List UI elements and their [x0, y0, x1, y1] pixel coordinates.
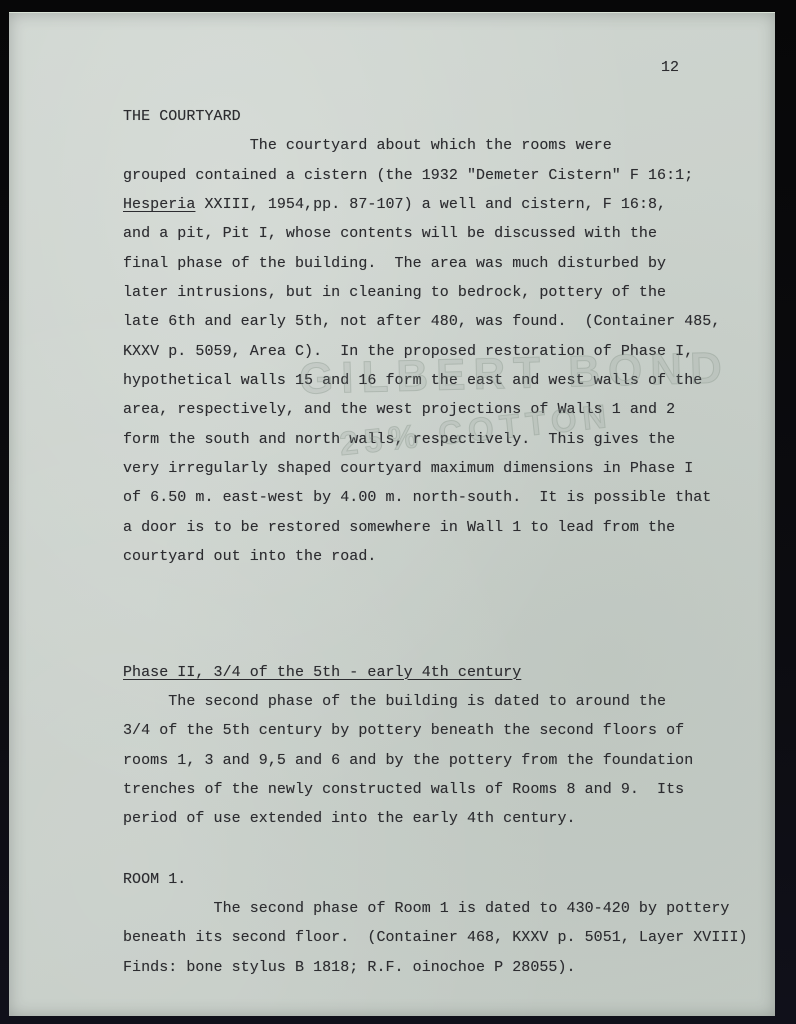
- section-phase2: Phase II, 3/4 of the 5th - early 4th cen…: [123, 658, 775, 834]
- photo-background: GILBERT BOND 25% COTTON 12 THE COURTYARD…: [0, 0, 796, 1024]
- text-line: trenches of the newly constructed walls …: [123, 775, 775, 804]
- text-segment: final phase of the building. The area wa…: [123, 255, 666, 272]
- text-line: Finds: bone stylus B 1818; R.F. oinochoe…: [123, 953, 775, 982]
- text-line: courtyard out into the road.: [123, 542, 775, 571]
- text-segment: period of use extended into the early 4t…: [123, 810, 576, 827]
- text-segment: THE COURTYARD: [123, 108, 241, 125]
- document-page: GILBERT BOND 25% COTTON 12 THE COURTYARD…: [9, 12, 775, 1016]
- text-segment: beneath its second floor. (Container 468…: [123, 929, 748, 946]
- text-line: area, respectively, and the west project…: [123, 395, 775, 424]
- section-room1: ROOM 1. The second phase of Room 1 is da…: [123, 865, 775, 982]
- section-heading: ROOM 1.: [123, 865, 775, 894]
- text-segment: very irregularly shaped courtyard maximu…: [123, 460, 693, 477]
- text-line: The second phase of Room 1 is dated to 4…: [123, 894, 775, 923]
- text-segment: The second phase of the building is date…: [123, 693, 666, 710]
- text-line: hypothetical walls 15 and 16 form the ea…: [123, 366, 775, 395]
- text-segment: ROOM 1.: [123, 871, 186, 888]
- text-line: grouped contained a cistern (the 1932 "D…: [123, 161, 775, 190]
- text-segment: grouped contained a cistern (the 1932 "D…: [123, 167, 693, 184]
- text-line: form the south and north walls, respecti…: [123, 425, 775, 454]
- text-line: period of use extended into the early 4t…: [123, 804, 775, 833]
- page-content: THE COURTYARD The courtyard about which …: [123, 102, 775, 982]
- text-line: 3/4 of the 5th century by pottery beneat…: [123, 716, 775, 745]
- underlined-text: Hesperia: [123, 196, 195, 213]
- text-segment: area, respectively, and the west project…: [123, 401, 675, 418]
- text-segment: trenches of the newly constructed walls …: [123, 781, 684, 798]
- section-heading: THE COURTYARD: [123, 102, 775, 131]
- text-segment: The courtyard about which the rooms were: [123, 137, 612, 154]
- text-line: The courtyard about which the rooms were: [123, 131, 775, 160]
- text-segment: XXIII, 1954,pp. 87-107) a well and ciste…: [195, 196, 666, 213]
- section-courtyard: THE COURTYARD The courtyard about which …: [123, 102, 775, 572]
- text-line: beneath its second floor. (Container 468…: [123, 923, 775, 952]
- text-segment: and a pit, Pit I, whose contents will be…: [123, 225, 657, 242]
- text-segment: a door is to be restored somewhere in Wa…: [123, 519, 675, 536]
- text-segment: courtyard out into the road.: [123, 548, 376, 565]
- page-number: 12: [9, 57, 679, 79]
- text-line: Hesperia XXIII, 1954,pp. 87-107) a well …: [123, 190, 775, 219]
- text-line: of 6.50 m. east-west by 4.00 m. north-so…: [123, 483, 775, 512]
- text-line: late 6th and early 5th, not after 480, w…: [123, 307, 775, 336]
- text-segment: of 6.50 m. east-west by 4.00 m. north-so…: [123, 489, 711, 506]
- text-segment: 3/4 of the 5th century by pottery beneat…: [123, 722, 684, 739]
- text-line: very irregularly shaped courtyard maximu…: [123, 454, 775, 483]
- text-segment: late 6th and early 5th, not after 480, w…: [123, 313, 720, 330]
- text-segment: Finds: bone stylus B 1818; R.F. oinochoe…: [123, 959, 576, 976]
- text-segment: form the south and north walls, respecti…: [123, 431, 675, 448]
- text-line: a door is to be restored somewhere in Wa…: [123, 513, 775, 542]
- text-line: rooms 1, 3 and 9,5 and 6 and by the pott…: [123, 746, 775, 775]
- section-heading: Phase II, 3/4 of the 5th - early 4th cen…: [123, 658, 775, 687]
- text-line: final phase of the building. The area wa…: [123, 249, 775, 278]
- text-line: The second phase of the building is date…: [123, 687, 775, 716]
- underlined-text: Phase II, 3/4 of the 5th - early 4th cen…: [123, 664, 521, 681]
- text-line: and a pit, Pit I, whose contents will be…: [123, 219, 775, 248]
- text-segment: rooms 1, 3 and 9,5 and 6 and by the pott…: [123, 752, 693, 769]
- text-segment: hypothetical walls 15 and 16 form the ea…: [123, 372, 702, 389]
- text-line: later intrusions, but in cleaning to bed…: [123, 278, 775, 307]
- text-segment: The second phase of Room 1 is dated to 4…: [123, 900, 729, 917]
- text-segment: later intrusions, but in cleaning to bed…: [123, 284, 666, 301]
- text-segment: KXXV p. 5059, Area C). In the proposed r…: [123, 343, 693, 360]
- text-line: KXXV p. 5059, Area C). In the proposed r…: [123, 337, 775, 366]
